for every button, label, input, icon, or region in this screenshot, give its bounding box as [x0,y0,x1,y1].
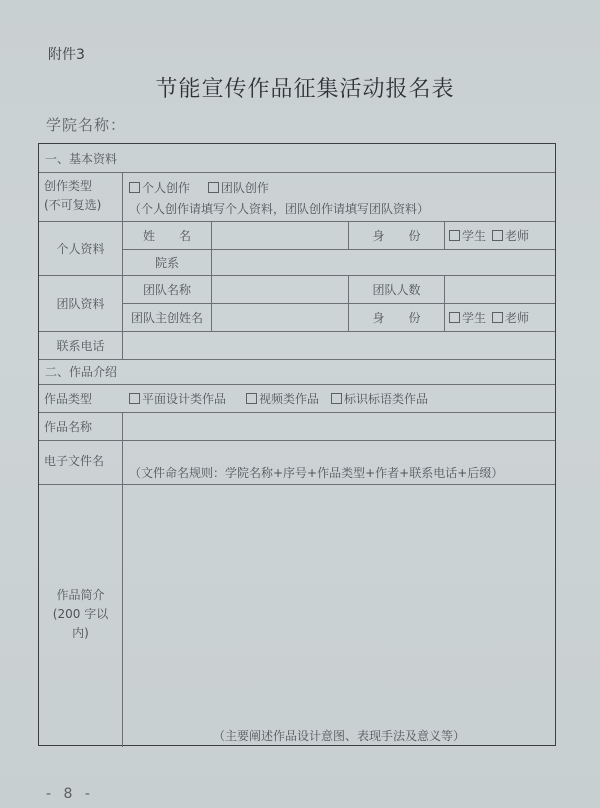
college-name-label: 学院名称： [46,114,126,135]
option-student[interactable]: 学生 [449,309,486,326]
file-name-note: （文件命名规则：学院名称+序号+作品类型+作者+联系电话+后缀） [129,464,503,481]
work-type-label: 作品类型 [44,384,92,412]
work-type-options: 平面设计类作品 视频类作品 标识标语类作品 [129,384,428,412]
work-name-label: 作品名称 [44,412,92,440]
attachment-label: 附件3 [48,44,85,64]
team-leader-input[interactable] [212,304,348,331]
team-name-label: 团队名称 [123,275,211,303]
creation-type-label-line1: 创作类型 [44,177,101,196]
intro-label-line2: (200 字以 [39,605,122,624]
checkbox-icon[interactable] [246,393,257,404]
intro-label: 作品简介 (200 字以 内) [39,586,122,643]
option-teacher[interactable]: 老师 [492,309,529,326]
work-name-input[interactable] [123,413,555,440]
checkbox-icon[interactable] [492,230,503,241]
option-teacher[interactable]: 老师 [492,227,529,244]
section-heading-work-intro: 二、作品介绍 [45,359,117,384]
form-title: 节能宣传作品征集活动报名表 [0,72,600,103]
row-divider [39,440,555,441]
personal-info-label: 个人资料 [39,221,122,275]
intro-textarea[interactable] [123,485,555,725]
team-name-input[interactable] [212,276,348,303]
checkbox-icon[interactable] [129,182,140,193]
registration-form-table: 一、基本资料 创作类型 (不可复选) 个人创作 团队创作 （个人创作请填写个人资… [38,143,556,746]
col-divider [444,221,445,249]
option-student[interactable]: 学生 [449,227,486,244]
option-individual[interactable]: 个人创作 [129,181,190,195]
creation-type-options: 个人创作 团队创作 [129,179,283,196]
phone-input[interactable] [123,332,555,359]
creation-type-label: 创作类型 (不可复选) [44,177,101,215]
option-logo-slogan[interactable]: 标识标语类作品 [331,390,428,407]
option-graphic-design[interactable]: 平面设计类作品 [129,390,226,407]
option-team[interactable]: 团队创作 [208,181,269,195]
team-count-input[interactable] [445,276,555,303]
checkbox-icon[interactable] [449,312,460,323]
section-heading-basic-info: 一、基本资料 [45,144,117,172]
checkbox-icon[interactable] [331,393,342,404]
department-label: 院系 [123,249,211,275]
name-label: 姓 名 [123,221,211,249]
department-input[interactable] [212,250,555,275]
checkbox-icon[interactable] [449,230,460,241]
intro-label-line1: 作品简介 [39,586,122,605]
phone-label: 联系电话 [39,331,122,359]
row-divider [39,172,555,173]
team-info-label: 团队资料 [39,275,122,331]
option-video[interactable]: 视频类作品 [246,390,319,407]
team-leader-label: 团队主创姓名 [123,303,211,331]
creation-type-label-line2: (不可复选) [44,196,101,215]
checkbox-icon[interactable] [208,182,219,193]
checkbox-icon[interactable] [492,312,503,323]
file-name-label: 电子文件名 [44,452,104,469]
intro-label-line3: 内) [39,624,122,643]
team-count-label: 团队人数 [349,275,444,303]
team-identity-options: 学生 老师 [449,303,529,331]
name-input[interactable] [212,222,348,249]
team-identity-label: 身 份 [349,303,444,331]
page-number: - 8 - [46,786,94,802]
checkbox-icon[interactable] [129,393,140,404]
intro-note: （主要阐述作品设计意图、表现手法及意义等） [123,727,555,744]
creation-type-note: （个人创作请填写个人资料，团队创作请填写团队资料） [129,200,429,217]
identity-label: 身 份 [349,221,444,249]
personal-identity-options: 学生 老师 [449,221,529,249]
